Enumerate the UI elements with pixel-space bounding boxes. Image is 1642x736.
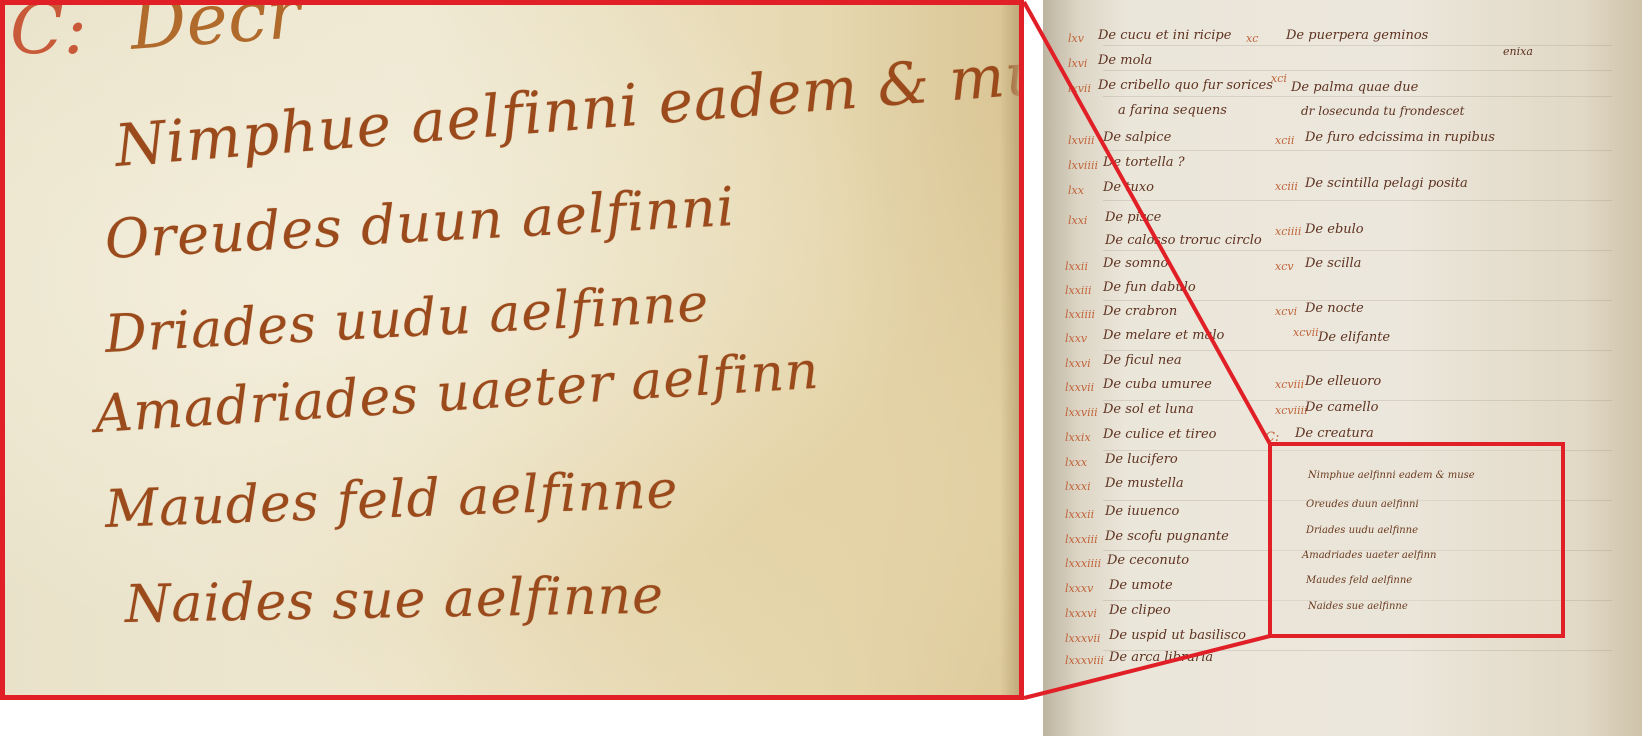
chapter-number: lxxvi (1065, 357, 1091, 370)
chapter-number: lxxii (1065, 260, 1088, 273)
chapter-number: lxxviii (1065, 406, 1098, 419)
chapter-title: De cuba umuree (1103, 377, 1212, 392)
chapter-title: De somno (1103, 256, 1168, 271)
chapter-number: xcii (1275, 134, 1294, 147)
gloss-line-6: Naides sue aelfinne (124, 566, 664, 635)
chapter-title: De iuuenco (1105, 504, 1179, 519)
ruling-line (1103, 70, 1612, 71)
chapter-title: De salpice (1103, 130, 1171, 145)
chapter-title: De palma quae due (1291, 80, 1418, 95)
chapter-number: lxviiii (1068, 159, 1098, 172)
chapter-title: De elleuoro (1305, 374, 1381, 389)
chapter-title: De culice et tireo (1103, 427, 1217, 442)
chapter-title: De mola (1098, 53, 1152, 68)
chapter-title: De clipeo (1109, 603, 1171, 618)
chapter-title-cont: enixa (1503, 45, 1533, 58)
highlight-line-5: Maudes feld aelfinne (1306, 575, 1412, 586)
chapter-title: De creatura (1295, 426, 1374, 441)
chapter-title: De calosso troruc circlo (1105, 233, 1262, 248)
chapter-title: De ebulo (1305, 222, 1364, 237)
chapter-title: De sol et luna (1103, 402, 1194, 417)
highlight-line-3: Driades uudu aelfinne (1306, 525, 1418, 536)
ruling-line (1103, 250, 1612, 251)
chapter-number: lxvii (1068, 82, 1091, 95)
chapter-number: lxxx (1065, 456, 1087, 469)
gloss-line-5: Maudes feld aelfinne (104, 460, 679, 540)
chapter-title: De scilla (1305, 256, 1361, 271)
chapter-title-cont: a farina sequens (1118, 103, 1227, 118)
chapter-title: De cucu et ini ricipe (1098, 28, 1231, 43)
chapter-number: lxxxv (1065, 582, 1093, 595)
chapter-title: De melare et malo (1103, 328, 1224, 343)
page-edge-shadow (1000, 0, 1024, 700)
highlight-line-6: Naides sue aelfinne (1308, 601, 1408, 612)
chapter-number: xcviii (1275, 378, 1304, 391)
chapter-number: xciiii (1275, 225, 1301, 238)
highlight-line-2: Oreudes duun aelfinni (1306, 499, 1419, 510)
chapter-number: lxxxvii (1065, 632, 1100, 645)
ruling-line (1103, 200, 1612, 201)
chapter-number: lxxxviii (1065, 654, 1104, 667)
chapter-title: De elifante (1318, 330, 1390, 345)
chapter-number: lxviii (1068, 134, 1095, 147)
chapter-number: lxxiii (1065, 284, 1091, 297)
chapter-title: De nocte (1305, 301, 1364, 316)
chapter-title-cont: dr losecunda tu frondescet (1301, 104, 1464, 118)
chapter-title: De uspid ut basilisco (1109, 628, 1246, 643)
chapter-title: De umote (1109, 578, 1173, 593)
ruling-line (1103, 96, 1612, 97)
ruling-line (1103, 45, 1612, 46)
chapter-number: xcvii (1293, 326, 1319, 339)
chapter-title: De scofu pugnante (1105, 529, 1229, 544)
chapter-number: lxxix (1065, 431, 1091, 444)
chapter-title: De fun dabulo (1103, 280, 1196, 295)
highlight-box: Nimphue aelfinni eadem & muse Oreudes du… (1268, 442, 1565, 638)
chapter-number: xci (1271, 72, 1287, 85)
chapter-number: xcviiii (1275, 404, 1308, 417)
highlight-line-1: Nimphue aelfinni eadem & muse (1308, 470, 1475, 481)
panel-gap (1024, 0, 1043, 736)
chapter-number: xciii (1275, 180, 1298, 193)
chapter-number: lxxxii (1065, 508, 1094, 521)
rubric-initial: C: (10, 0, 87, 70)
chapter-number: lxxi (1068, 214, 1087, 227)
chapter-title: De pisce (1105, 210, 1161, 225)
chapter-title: De ficul nea (1103, 353, 1182, 368)
chapter-number: lxxxvi (1065, 607, 1097, 620)
chapter-number: lxvi (1068, 57, 1087, 70)
chapter-title: De tuxo (1103, 180, 1154, 195)
chapter-title: De mustella (1105, 476, 1184, 491)
chapter-number: lxx (1068, 184, 1084, 197)
chapter-number: xcv (1275, 260, 1294, 273)
gloss-line-3: Driades uudu aelfinne (103, 273, 710, 365)
chapter-number: lxxxiiii (1065, 557, 1101, 570)
chapter-title: De lucifero (1105, 452, 1178, 467)
chapter-title: De cribello quo fur sorices (1098, 78, 1273, 93)
chapter-number: xcvi (1275, 305, 1297, 318)
ruling-line (1103, 350, 1612, 351)
chapter-title: De puerpera geminos (1286, 28, 1428, 43)
chapter-number: xc (1246, 32, 1258, 45)
chapter-number: lxxvii (1065, 381, 1094, 394)
highlight-line-4: Amadriades uaeter aelfinn (1302, 550, 1436, 561)
chapter-title: De camello (1305, 400, 1378, 415)
gloss-line-2: Oreudes duun aelfinni (103, 175, 736, 271)
chapter-number: lxxiiii (1065, 308, 1095, 321)
chapter-number: lxxxi (1065, 480, 1091, 493)
chapter-title: De crabron (1103, 304, 1177, 319)
chapter-title: De tortella ? (1103, 155, 1185, 170)
chapter-title: De ceconuto (1107, 553, 1189, 568)
chapter-number: lxv (1068, 32, 1084, 45)
chapter-number: lxxv (1065, 332, 1087, 345)
chapter-title: De arca libraria (1109, 650, 1213, 665)
header-fragment: Decr (127, 0, 303, 66)
chapter-title: De furo edcissima in rupibus (1305, 130, 1495, 145)
zoom-panel: C: Decr Nimphue aelfinni eadem & muse Or… (0, 0, 1024, 700)
chapter-title: De scintilla pelagi posita (1305, 176, 1468, 191)
chapter-number: lxxxiii (1065, 533, 1098, 546)
ruling-line (1103, 150, 1612, 151)
